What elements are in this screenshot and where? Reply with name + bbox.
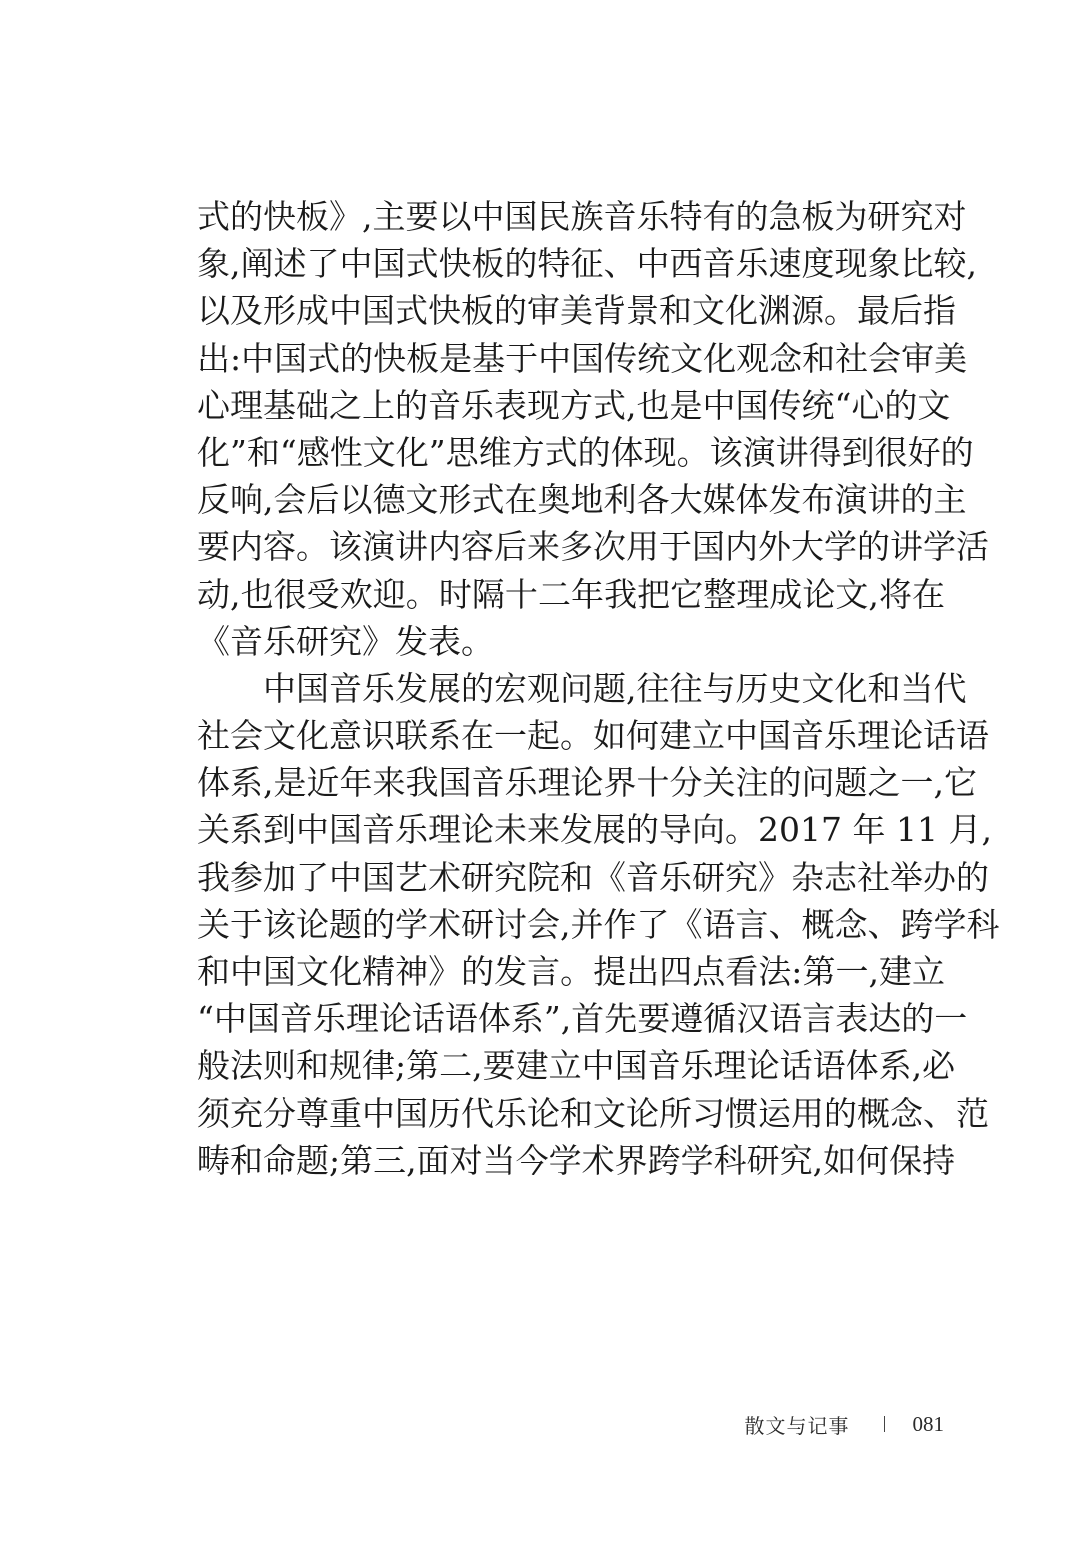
book-page: 式的快板》,主要以中国民族音乐特有的急板为研究对 象,阐述了中国式快板的特征、中… <box>0 0 1080 1552</box>
text-line: 关于该论题的学术研讨会,并作了《语言、概念、跨学科 <box>197 901 945 948</box>
text-line: 反响,会后以德文形式在奥地利各大媒体发布演讲的主 <box>197 476 945 523</box>
text-line: 要内容。该演讲内容后来多次用于国内外大学的讲学活 <box>197 523 945 570</box>
text-line: 以及形成中国式快板的审美背景和文化渊源。最后指 <box>197 287 945 334</box>
text-line: 畴和命题;第三,面对当今学术界跨学科研究,如何保持 <box>197 1137 945 1184</box>
page-number: 081 <box>913 1412 945 1437</box>
footer-separator <box>884 1416 885 1432</box>
text-line: 般法则和规律;第二,要建立中国音乐理论话语体系,必 <box>197 1042 945 1089</box>
section-title: 散文与记事 <box>745 1410 850 1439</box>
text-line: 式的快板》,主要以中国民族音乐特有的急板为研究对 <box>197 193 945 240</box>
text-line: 和中国文化精神》的发言。提出四点看法:第一,建立 <box>197 948 945 995</box>
text-line: 我参加了中国艺术研究院和《音乐研究》杂志社举办的 <box>197 854 945 901</box>
text-line: “中国音乐理论话语体系”,首先要遵循汉语言表达的一 <box>197 995 945 1042</box>
text-line: 心理基础之上的音乐表现方式,也是中国传统“心的文 <box>197 382 945 429</box>
text-line: 关系到中国音乐理论未来发展的导向。2017 年 11 月, <box>197 806 945 853</box>
text-line: 象,阐述了中国式快板的特征、中西音乐速度现象比较, <box>197 240 945 287</box>
text-line: 动,也很受欢迎。时隔十二年我把它整理成论文,将在 <box>197 571 945 618</box>
page-footer: 散文与记事 081 <box>744 1408 944 1440</box>
text-line: 须充分尊重中国历代乐论和文论所习惯运用的概念、范 <box>197 1090 945 1137</box>
text-line-indented: 中国音乐发展的宏观问题,往往与历史文化和当代 <box>197 665 945 712</box>
text-line: 《音乐研究》发表。 <box>197 618 945 665</box>
text-line: 社会文化意识联系在一起。如何建立中国音乐理论话语 <box>197 712 945 759</box>
text-line: 化”和“感性文化”思维方式的体现。该演讲得到很好的 <box>197 429 945 476</box>
text-line: 出:中国式的快板是基于中国传统文化观念和社会审美 <box>197 335 945 382</box>
body-text: 式的快板》,主要以中国民族音乐特有的急板为研究对 象,阐述了中国式快板的特征、中… <box>197 193 945 1184</box>
text-line: 体系,是近年来我国音乐理论界十分关注的问题之一,它 <box>197 759 945 806</box>
